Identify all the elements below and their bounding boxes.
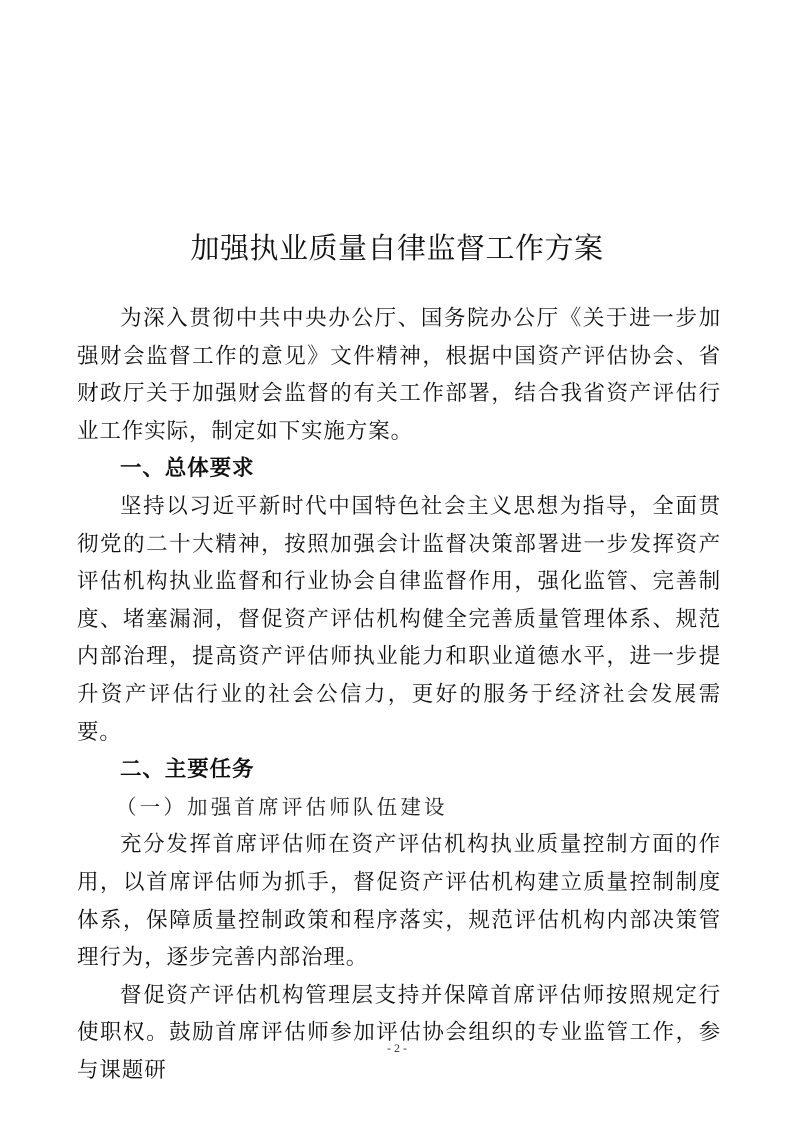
page-number: - 2 - [0, 1041, 794, 1056]
chief-appraiser-paragraph-2: 督促资产评估机构管理层支持并保障首席评估师按照规定行使职权。鼓励首席评估师参加评… [77, 977, 721, 1090]
chief-appraiser-paragraph-1: 充分发挥首席评估师在资产评估机构执业质量控制方面的作用，以首席评估师为抓手，督促… [77, 826, 721, 976]
subsection-heading-chief-appraiser: （一）加强首席评估师队伍建设 [77, 789, 721, 827]
document-body: 为深入贯彻中共中央办公厅、国务院办公厅《关于进一步加强财会监督工作的意见》文件精… [77, 300, 721, 1089]
intro-paragraph: 为深入贯彻中共中央办公厅、国务院办公厅《关于进一步加强财会监督工作的意见》文件精… [77, 300, 721, 450]
document-page: 加强执业质量自律监督工作方案 为深入贯彻中共中央办公厅、国务院办公厅《关于进一步… [0, 0, 794, 1122]
section-heading-general-requirements: 一、总体要求 [77, 450, 721, 488]
section-heading-main-tasks: 二、主要任务 [77, 751, 721, 789]
document-title: 加强执业质量自律监督工作方案 [0, 226, 794, 270]
general-requirements-paragraph: 坚持以习近平新时代中国特色社会主义思想为指导，全面贯彻党的二十大精神，按照加强会… [77, 488, 721, 751]
